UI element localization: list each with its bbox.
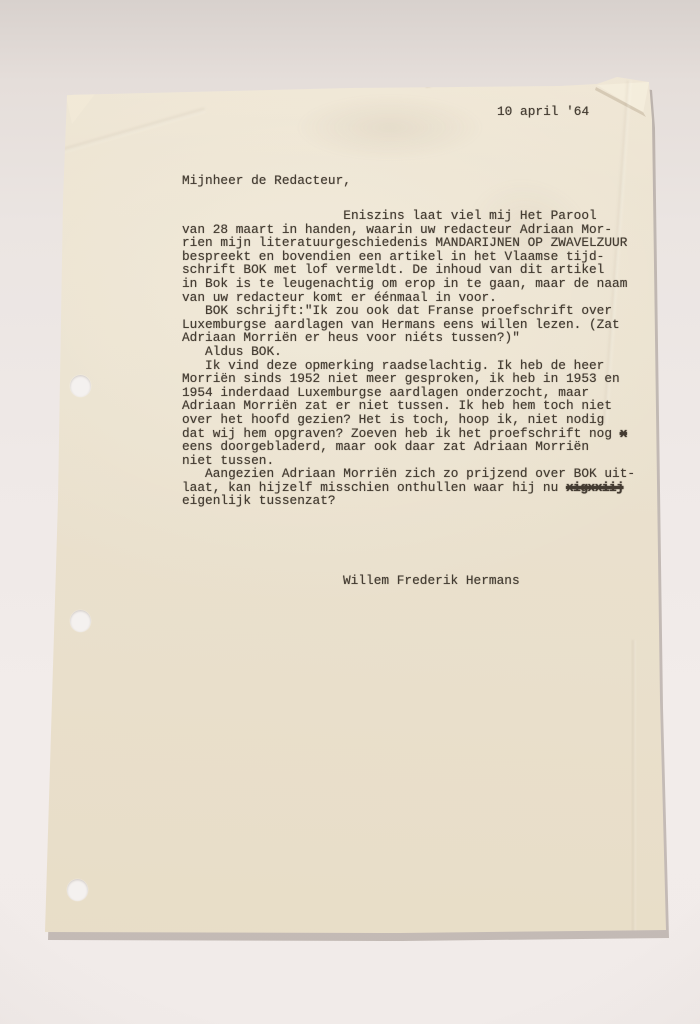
letter-line: Morriën sinds 1952 niet meer gesproken, … [182,372,635,386]
pencil-inscription: [wfh xxivh] [391,48,579,93]
letter-salutation: Mijnheer de Redacteur, [182,174,351,188]
letter-line: BOK schrijft:"Ik zou ook dat Franse proe… [182,304,635,318]
letter-signature: Willem Frederik Hermans [343,574,520,588]
letter-line: in Bok is te leugenachtig om erop in te … [182,277,635,291]
folded-corner-crease [0,0,700,1024]
letter-line: 1954 inderdaad Luxemburgse aardlagen ond… [182,386,635,400]
paper-crease [60,107,206,153]
letter-line: over het hoofd gezien? Het is toch, hoop… [182,413,635,427]
letter-line: dat wij hem opgraven? Zoeven heb ik het … [182,427,635,441]
letter-paper: [wfh xxivh] 10 april '64 Mijnheer de Red… [0,0,700,1024]
punch-hole [70,610,91,632]
punch-hole [70,375,91,397]
paper-crease [632,640,636,932]
letter-line: Eniszins laat viel mij Het Parool [182,209,635,223]
letter-line: Aangezien Adriaan Morriën zich zo prijze… [182,467,635,481]
letter-line: eigenlijk tussenzat? [182,494,635,508]
punch-hole [67,879,88,901]
letter-line: bespreekt en bovendien een artikel in he… [182,250,635,264]
letter-line: Ik vind deze opmerking raadselachtig. Ik… [182,359,635,373]
letter-line: niet tussen. [182,454,635,468]
letter-line: schrift BOK met lof vermeldt. De inhoud … [182,263,635,277]
photograph-backdrop: [wfh xxivh] 10 april '64 Mijnheer de Red… [0,0,700,1024]
letter-line: laat, kan hijzelf misschien onthullen wa… [182,481,635,495]
letter-line: Adriaan Morriën zat er niet tussen. Ik h… [182,399,635,413]
letter-line: rien mijn literatuurgeschiedenis MANDARI… [182,236,635,250]
letter-line: van uw redacteur komt er éénmaal in voor… [182,291,635,305]
letter-line: eens doorgebladerd, maar ook daar zat Ad… [182,440,635,454]
letter-line: Luxemburgse aardlagen van Hermans eens w… [182,318,635,332]
letter-date: 10 april '64 [497,105,589,119]
letter-body: Eniszins laat viel mij Het Paroolvan 28 … [182,209,635,508]
folded-corner-top-right [0,0,700,1024]
letter-line: van 28 maart in handen, waarin uw redact… [182,223,635,237]
paper-wrinkle [255,80,525,175]
letter-line: Adriaan Morriën er heus voor niéts tusse… [182,331,635,345]
folded-corner-top-left [0,0,700,1024]
letter-line: Aldus BOK. [182,345,635,359]
